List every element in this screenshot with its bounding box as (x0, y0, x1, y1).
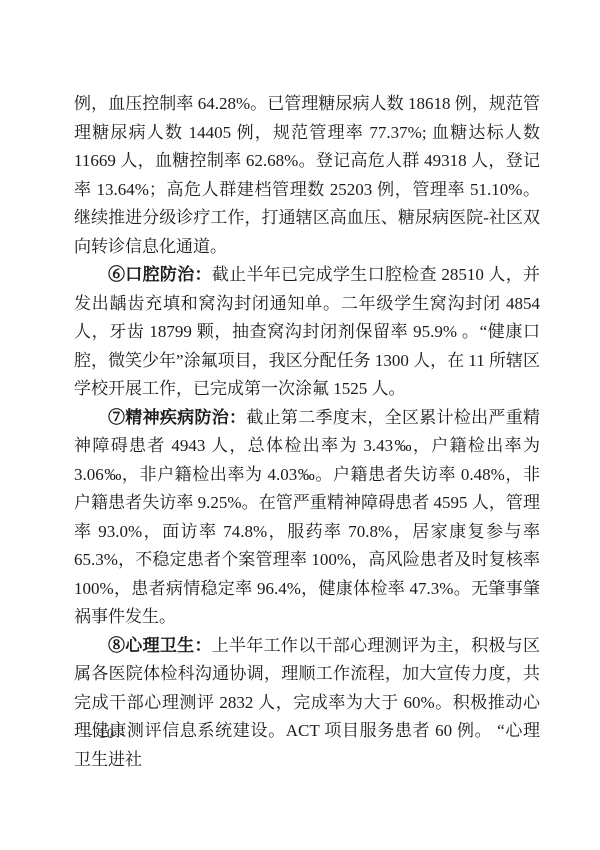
paragraph-lead: ⑥口腔防治： (108, 265, 212, 284)
paragraph-body: 截止第二季度末，全区累计检出严重精神障碍患者 4943 人，总体检出率为 3.4… (74, 408, 540, 627)
paragraph-lead: ⑦精神疾病防治： (108, 408, 246, 427)
paragraph-psychological-health: ⑧心理卫生：上半年工作以干部心理测评为主，积极与区属各医院体检科沟通协调，理顺工… (74, 632, 540, 775)
paragraph-lead: ⑧心理卫生： (108, 636, 212, 655)
document-body-text: 例，血压控制率 64.28%。已管理糖尿病人数 18618 例，规范管理糖尿病人… (74, 90, 540, 774)
paragraph-body: 上半年工作以干部心理测评为主，积极与区属各医院体检科沟通协调，理顺工作流程，加大… (74, 636, 540, 769)
paragraph-mental-illness-prevention: ⑦精神疾病防治：截止第二季度末，全区累计检出严重精神障碍患者 4943 人，总体… (74, 404, 540, 632)
page-number: - 10 - (88, 724, 125, 744)
paragraph-body: 例，血压控制率 64.28%。已管理糖尿病人数 18618 例，规范管理糖尿病人… (74, 94, 540, 256)
paragraph-body: 截止半年已完成学生口腔检查 28510 人，并发出龋齿充填和窝沟封闭通知单。二年… (74, 265, 540, 398)
paragraph-oral-health: ⑥口腔防治：截止半年已完成学生口腔检查 28510 人，并发出龋齿充填和窝沟封闭… (74, 261, 540, 404)
document-page: 例，血压控制率 64.28%。已管理糖尿病人数 18618 例，规范管理糖尿病人… (0, 0, 600, 850)
paragraph-continuation-chronic-disease: 例，血压控制率 64.28%。已管理糖尿病人数 18618 例，规范管理糖尿病人… (74, 90, 540, 261)
